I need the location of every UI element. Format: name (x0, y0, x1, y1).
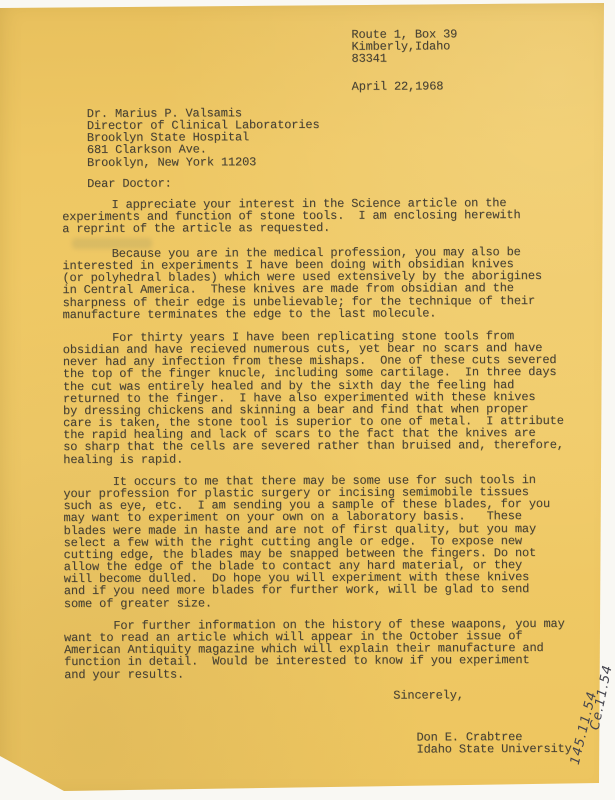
salutation: Dear Doctor: (87, 178, 172, 191)
body-paragraph-4: It occurs to me that there may be some u… (63, 474, 609, 610)
signature-org: Idaho State University (416, 743, 571, 756)
body-paragraph-5: For further information on the history o… (64, 618, 609, 681)
letter-content: Route 1, Box 39 Kimberly,Idaho 83341 Apr… (0, 0, 615, 800)
body-paragraph-1: I appreciate your interest in the Scienc… (62, 197, 607, 236)
letter-date: April 22,1968 (352, 80, 444, 93)
recipient-address: Dr. Marius P. Valsamis Director of Clini… (87, 107, 320, 169)
sender-address: Route 1, Box 39 Kimberly,Idaho 83341 (351, 28, 457, 65)
scanned-letter: Route 1, Box 39 Kimberly,Idaho 83341 Apr… (0, 0, 615, 800)
closing: Sincerely, (393, 689, 464, 701)
body-paragraph-3: For thirty years I have been replicating… (63, 330, 609, 466)
body-paragraph-2: Because you are in the medical professio… (62, 246, 607, 321)
